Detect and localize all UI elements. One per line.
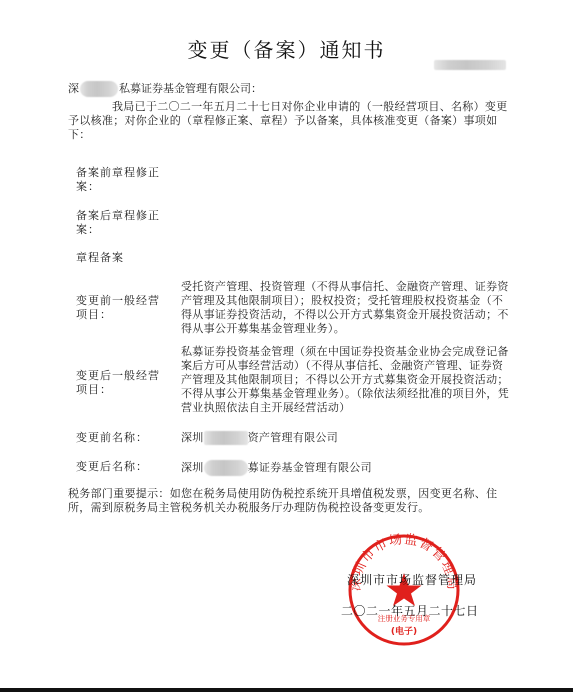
addressee-suffix: 私募证券基金管理有限公司：	[119, 82, 262, 95]
body-paragraph: 我局已于二〇二一年五月二十七日对你企业申请的（一般经营项目、名称）变更予以核准；…	[68, 100, 513, 142]
name-before-value: 深圳资产管理有限公司	[181, 431, 511, 445]
name-before-suffix: 资产管理有限公司	[248, 431, 338, 444]
addressee: 深私募证券基金管理有限公司：	[68, 81, 262, 97]
official-seal-icon: 深圳市市场监督管理局 注册业务专用章 (电子)	[347, 533, 461, 647]
item-label-scope-after: 变更后一般经营项目：	[76, 369, 164, 397]
svg-text:(电子): (电子)	[391, 625, 417, 637]
issuing-authority: 深圳市市场监督管理局	[347, 571, 477, 588]
document-number-redacted	[434, 60, 506, 70]
name-before-prefix: 深圳	[181, 431, 204, 444]
name-after-suffix: 募证券基金管理有限公司	[248, 461, 372, 474]
item-label-scope-before: 变更前一般经营项目：	[76, 294, 164, 322]
item-value-scope-before: 受托资产管理、投资管理（不得从事信托、金融资产管理、证券资产管理及其他限制项目）…	[181, 280, 511, 336]
issue-date: 二〇二一年五月二十七日	[341, 602, 479, 619]
name-after-label: 变更后名称：	[76, 460, 164, 474]
redacted-block	[80, 81, 118, 97]
tax-notice: 税务部门重要提示：如您在税务局使用防伪税控系统开具增值税发票，因变更名称、住所，…	[68, 487, 516, 515]
name-before-label: 变更前名称：	[76, 431, 164, 445]
addressee-prefix: 深	[68, 82, 79, 95]
name-after-value: 深圳募证券基金管理有限公司	[181, 460, 511, 476]
item-label-charter-filing: 章程备案	[76, 251, 164, 265]
bottom-border	[0, 688, 573, 692]
item-value-scope-after: 私募证券投资基金管理（须在中国证券投资基金业协会完成登记备案后方可从事经营活动）…	[181, 345, 511, 415]
item-label-charter-amendment-before: 备案前章程修正案：	[76, 166, 164, 194]
document-title: 变更（备案）通知书	[0, 34, 573, 63]
item-label-charter-amendment-after: 备案后章程修正案：	[76, 209, 164, 237]
redacted-block	[204, 460, 248, 476]
name-after-prefix: 深圳	[181, 461, 204, 474]
redacted-block	[204, 431, 248, 445]
